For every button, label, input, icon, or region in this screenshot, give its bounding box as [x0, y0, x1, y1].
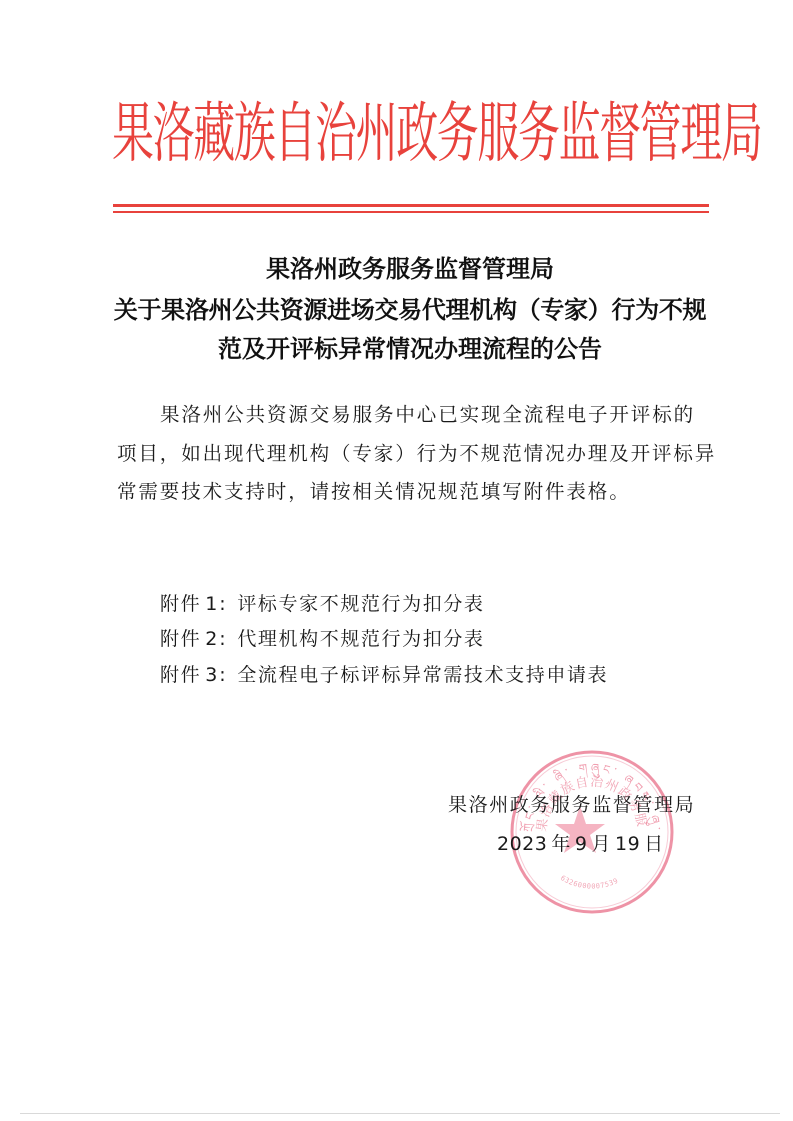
date-month-unit: 月	[591, 833, 611, 855]
document-page: 果洛藏族自治州政务服务监督管理局 果洛州政务服务监督管理局 关于果洛州公共资源进…	[0, 0, 793, 1121]
attachment-number: 2	[205, 628, 217, 650]
attachment-item-1: 附件1:评标专家不规范行为扣分表	[160, 595, 485, 614]
date-day-unit: 日	[644, 833, 664, 855]
date-month: 9	[575, 833, 588, 855]
body-paragraph-line-3: 常需要技术支持时，请按相关情况规范填写附件表格。	[117, 482, 631, 502]
attachment-title: 评标专家不规范行为扣分表	[237, 593, 484, 615]
masthead-divider-thin	[113, 211, 709, 213]
masthead: 果洛藏族自治州政务服务监督管理局	[112, 96, 702, 172]
attachment-label: 附件	[160, 593, 201, 615]
svg-text:6326000007539: 6326000007539	[559, 874, 620, 891]
attachment-label: 附件	[160, 628, 201, 650]
body-paragraph-line-2: 项目，如出现代理机构（专家）行为不规范情况办理及开评标异	[117, 444, 716, 464]
attachment-title: 代理机构不规范行为扣分表	[237, 628, 484, 650]
date-year: 2023	[497, 833, 547, 855]
scan-edge-line	[20, 1113, 780, 1114]
document-title-line-2: 关于果洛州公共资源进场交易代理机构（专家）行为不规	[100, 298, 720, 322]
attachment-separator: :	[219, 593, 227, 615]
attachment-title: 全流程电子标评标异常需技术支持申请表	[237, 664, 608, 686]
masthead-divider-thick	[113, 204, 709, 207]
date-year-unit: 年	[551, 833, 571, 855]
signature-date: 2023年9月19日	[497, 835, 668, 854]
attachment-separator: :	[219, 664, 227, 686]
attachment-separator: :	[219, 628, 227, 650]
document-title-line-3: 范及开评标异常情况办理流程的公告	[100, 337, 720, 361]
seal-serial-number: 6326000007539	[559, 874, 620, 891]
signature-organization: 果洛州政务服务监督管理局	[448, 796, 695, 815]
document-title-line-1: 果洛州政务服务监督管理局	[100, 257, 720, 281]
attachment-item-2: 附件2:代理机构不规范行为扣分表	[160, 630, 485, 649]
body-paragraph-line-1: 果洛州公共资源交易服务中心已实现全流程电子开评标的	[160, 405, 695, 425]
official-seal: ཀྲོང་ ལི་ ཞི་ གཞུང་ ཞབས་ ཞུ་ ལྟ་ རྟོག 果洛…	[508, 748, 676, 916]
attachment-number: 1	[205, 593, 217, 615]
masthead-title: 果洛藏族自治州政务服务监督管理局	[112, 101, 762, 166]
date-day: 19	[615, 833, 640, 855]
attachment-label: 附件	[160, 664, 201, 686]
attachment-item-3: 附件3:全流程电子标评标异常需技术支持申请表	[160, 666, 608, 685]
attachment-number: 3	[205, 664, 217, 686]
